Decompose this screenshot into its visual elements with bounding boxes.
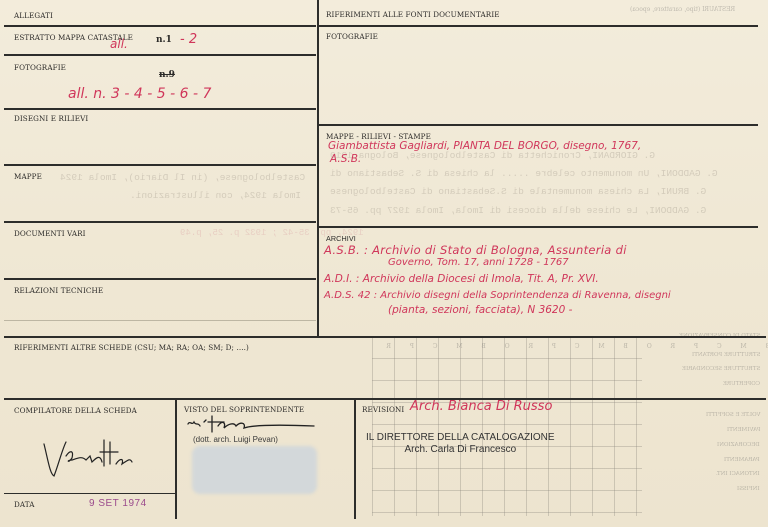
data-label: DATA [14,500,35,509]
archivi-label: ARCHIVI [326,234,356,243]
visto-printed-name: (dott. arch. Luigi Pevan) [193,435,278,444]
mappe-hand-line-1: Giambattista Gagliardi, PIANTA DEL BORGO… [328,140,641,152]
director-title: IL DIRETTORE DELLA CATALOGAZIONE [366,432,555,444]
bleed-line-2: G. GADDONI, Un monumento celebre ..... l… [330,168,718,179]
riferimenti-fonti-label: RIFERIMENTI ALLE FONTI DOCUMENTARIE [326,10,500,19]
archivi-line-4: A.D.S. 42 : Archivio disegni della Sopri… [324,290,671,301]
estratto-hand-value: - 2 [180,32,197,47]
archivi-line-3: A.D.I. : Archivio della Diocesi di Imola… [324,273,599,285]
data-stamp-value: 9 SET 1974 [89,498,147,509]
correction-fluid-smudge [192,446,317,494]
relazioni-tecniche-label: RELAZIONI TECNICHE [14,286,103,295]
bleed-line-4: G. GADDONI, Le chiese della diocesi di I… [330,205,706,216]
rule [4,278,316,280]
rule [318,226,758,228]
rule-thin [4,493,175,494]
grid-header-letters: O B M C P R O B M C P R O B M C P R [378,343,768,350]
archivi-line-2: Governo, Tom. 17, anni 1728 - 1767 [388,257,569,268]
riferimenti-altre-schede-label: RIFERIMENTI ALTRE SCHEDE (CSU; MA; RA; O… [14,343,249,352]
ghost-label-strutture-portanti: STRUTTURE PORTANTI [692,352,760,358]
rule [4,398,766,400]
documenti-vari-label: DOCUMENTI VARI [14,229,86,238]
rule [318,25,758,27]
rule [4,164,316,166]
bleed-line-3: G. BRUNI, La chiesa monumentale di S.Seb… [330,186,706,197]
fotografie-struck-number: n.9 [159,70,175,80]
compilatore-label: COMPILATORE DELLA SCHEDA [14,406,137,415]
rule [4,25,316,27]
ghost-label-infissi: INFISSI [737,486,760,492]
archivi-line-5: (pianta, sezioni, facciata), N 3620 - [388,304,572,316]
director-name: Arch. Carla Di Francesco [366,444,555,456]
footer-divider-1 [175,399,177,519]
archivi-line-1: A.S.B. : Archivio di Stato di Bologna, A… [324,243,627,257]
allegati-label: ALLEGATI [14,11,53,20]
footer-divider-2 [354,399,356,519]
fotografie-left-label: FOTOGRAFIE [14,63,66,72]
restauri-ghost-label: RESTAURI (tipo, carattere, epoca) [630,6,735,13]
mappe-hand-line-2: A.S.B. [330,153,361,165]
estratto-hand-prefix: all. [110,37,128,51]
ghost-label-coperture: COPERTURE [723,381,760,387]
director-block: IL DIRETTORE DELLA CATALOGAZIONE Arch. C… [366,432,555,456]
mappe-label: MAPPE [14,172,42,181]
rule [4,221,316,223]
rule [4,336,766,338]
rule [4,108,316,110]
ghost-label-decorazioni: DECORAZIONI [717,442,760,448]
revisioni-label: REVISIONI [362,405,404,414]
ghost-label-pavimenti: PAVIMENTI [727,427,760,433]
fotografie-right-label: FOTOGRAFIE [326,32,378,41]
column-divider [317,0,319,337]
compilatore-signature [38,436,148,481]
fotografie-hand-value: all. n. 3 - 4 - 5 - 6 - 7 [68,86,211,102]
ghost-label-strutture-secondarie: STRUTTURE SECONDARIE [682,366,760,372]
ghost-label-paramenti: PARAMENTI [724,457,760,463]
bleed-through-grid [372,336,642,516]
soprintendente-signature [184,412,324,434]
catalog-card-sheet: G. GIORDANI, Cronichetta di Castelbologn… [0,0,768,527]
ghost-label-intonaci: INTONACI INT. [716,471,760,477]
rule-thin [4,320,316,321]
estratto-printed-number: n.1 [156,35,172,45]
rule [318,124,758,126]
bleed-line-6: Imola 1924, con illustrazioni. [130,190,301,201]
disegni-rilievi-label: DISEGNI E RILIEVI [14,114,88,123]
rule [4,54,316,56]
revisioni-hand: Arch. Bianca Di Russo [410,399,552,414]
bleed-line-5: Castelbolognese, (in Il Diario), Imola 1… [60,172,305,183]
ghost-label-volte: VOLTE E SOFFITTI [706,412,760,418]
